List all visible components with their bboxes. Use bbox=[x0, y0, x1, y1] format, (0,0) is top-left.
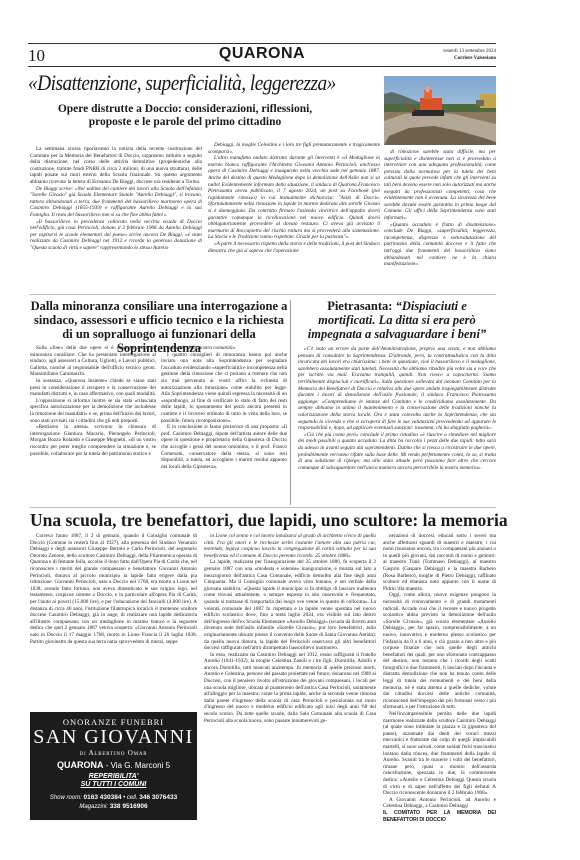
mayor-headline: Pietrasanta: “Dispiaciuti e mortificati.… bbox=[298, 299, 496, 341]
paragraph: A Giovanni Antonio Perincioli, ad Aureli… bbox=[383, 797, 496, 810]
mayor-body: «C'è stato un errore da parte dell'Ammin… bbox=[298, 346, 496, 502]
ad-availability-2: SU TUTTI I COMUNI bbox=[30, 781, 197, 788]
warehouse-phone: 338 9516906 bbox=[110, 803, 148, 810]
page-header: 10 QUARONA venerdì 13 settembre 2024 Cor… bbox=[28, 45, 496, 67]
column-divider bbox=[290, 300, 291, 505]
ad-phones: Show room: 0163 430384 • cell. 346 30764… bbox=[30, 794, 197, 801]
showroom-label: Show room: bbox=[50, 795, 84, 801]
showroom-phone: 0163 430384 bbox=[83, 794, 121, 801]
lead-column-1: La settimana scorsa riportavamo la notiz… bbox=[30, 146, 202, 292]
section-title: QUARONA bbox=[28, 45, 496, 63]
ad-street: - Via G. Marconi 5 bbox=[103, 761, 170, 770]
paragraph: in Lione col senno e col lavoro innalzar… bbox=[204, 533, 376, 559]
paragraph: «Ciò che più conta però» conclude il pri… bbox=[298, 432, 496, 472]
memory-headline: Una scuola, tre benefattori, due lapidi,… bbox=[30, 510, 496, 530]
lead-column-3: di rimozione sarebbe stata difficile, ma… bbox=[384, 149, 496, 292]
paragraph: «A parte il necessario rispetto della st… bbox=[208, 241, 380, 254]
funeral-home-ad: ONORANZE FUNEBRI SAN GIOVANNI di Alberti… bbox=[30, 712, 197, 820]
issue-date: venerdì 13 settembre 2024 bbox=[443, 48, 496, 55]
paragraph: culturale della nostra comunità». bbox=[161, 345, 287, 352]
paragraph: Correva l'anno 1887, il 2 di gennaio, qu… bbox=[30, 533, 197, 645]
lead-subheadline: Opere distrutte a Doccio: considerazioni… bbox=[40, 103, 330, 129]
cell-phone: 346 3076433 bbox=[139, 794, 177, 801]
paragraph: «C'è stato un errore da parte dell'Ammin… bbox=[298, 346, 496, 432]
paragraph: In esso, realizzato da Casimiro Debiaggi… bbox=[204, 652, 376, 725]
mayor-headline-prefix: Pietrasanta: bbox=[327, 299, 395, 313]
ad-brand: SAN GIOVANNI bbox=[30, 727, 197, 747]
paragraph: Sulla «fine» delle due opere si è espres… bbox=[30, 345, 156, 378]
minority-column-1: Sulla «fine» delle due opere si è espres… bbox=[30, 345, 156, 502]
paragraph: La settimana scorsa riportavamo la notiz… bbox=[30, 146, 202, 186]
ad-availability-1: REPERIBILITA' bbox=[30, 773, 197, 780]
memory-column-3: nerazioni di doccesi, educati sotto i se… bbox=[383, 533, 496, 823]
paragraph: L'altro manufatto andato distrutto duran… bbox=[208, 155, 380, 241]
paragraph: In sostanza, «Quarona Insieme» chiede se… bbox=[30, 378, 156, 398]
memory-column-1: Correva l'anno 1887, il 2 di gennaio, qu… bbox=[30, 533, 197, 708]
paragraph: E in conclusione si fanno portavoce di u… bbox=[161, 424, 287, 470]
minority-column-2: culturale della nostra comunità». I quat… bbox=[161, 345, 287, 502]
memory-column-2: in Lione col senno e col lavoro innalzar… bbox=[204, 533, 376, 823]
header-bottom-rule bbox=[28, 66, 496, 67]
excavator-rubble-image bbox=[384, 76, 496, 145]
lead-column-2: Debiaggi, la moglie Celestina e i loro t… bbox=[208, 142, 380, 292]
publication-name: Corriere Valsesiano bbox=[454, 56, 496, 61]
ad-address: QUARONA - Via G. Marconi 5 bbox=[30, 760, 197, 770]
paragraph: Oggi, come allora, nuove esigenze pongon… bbox=[383, 592, 496, 711]
paragraph: di rimozione sarebbe stata difficile, ma… bbox=[384, 149, 496, 222]
lead-headline: «Disattenzione, superficialità, leggerez… bbox=[28, 70, 301, 96]
paragraph: «Il bassorilievo in precedenza collocato… bbox=[30, 219, 202, 252]
ad-town: QUARONA bbox=[57, 760, 104, 770]
paragraph: «Restiamo in attesa» scrivono in chiusur… bbox=[30, 424, 156, 457]
paragraph: «Quanto accaduto è frutto di disattenzio… bbox=[384, 222, 496, 268]
paragraph: Debiaggi, la moglie Celestina e i loro t… bbox=[208, 142, 380, 155]
masthead-info: venerdì 13 settembre 2024 Corriere Valse… bbox=[443, 48, 496, 62]
warehouse-label: Magazzini: bbox=[79, 804, 109, 810]
header-top-rule bbox=[28, 43, 496, 44]
paragraph: nerazioni di doccesi, educati sotto i se… bbox=[383, 533, 496, 592]
paragraph: Nell'incomprensibile perdita delle due l… bbox=[383, 711, 496, 797]
cell-label: • cell. bbox=[121, 795, 139, 801]
ad-owner: di Albertino Omar bbox=[30, 749, 197, 757]
paragraph: La lapide, realizzata per l'inaugurazion… bbox=[204, 559, 376, 651]
paragraph: L'opposizione si informa inoltre se sia … bbox=[30, 398, 156, 424]
committee-signoff: IL COMITATO PER LA MEMORIA DEI BENEFATTO… bbox=[383, 810, 496, 823]
section-divider bbox=[30, 294, 496, 295]
paragraph: I quattro consiglieri di minoranza hanno… bbox=[161, 352, 287, 425]
section-divider bbox=[30, 507, 496, 508]
paragraph: De Biaggi scrive: «Nel sedime del cantie… bbox=[30, 186, 202, 219]
ad-warehouse: Magazzini: 338 9516906 bbox=[30, 803, 197, 810]
demolition-photo bbox=[384, 76, 496, 145]
